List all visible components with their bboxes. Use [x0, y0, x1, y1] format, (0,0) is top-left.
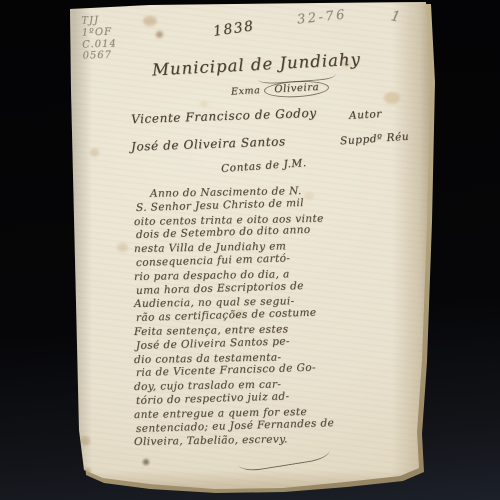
- paper-sheet: TJJ 1ºOF C.014 0567 32-76 1 1838 Municip…: [0, 0, 500, 500]
- case-label: Contas de J.M.: [221, 157, 307, 175]
- manuscript-scan: TJJ 1ºOF C.014 0567 32-76 1 1838 Municip…: [0, 0, 500, 500]
- manuscript-line: Oliveira, Tabelião, escrevy.: [134, 432, 370, 450]
- stamp-line: 1ºOF: [82, 26, 117, 39]
- foxing-spot: [200, 101, 208, 107]
- foxing-spot: [90, 148, 99, 157]
- foxing-spot: [384, 92, 400, 104]
- defendant-role: Suppdº Réu: [340, 131, 410, 148]
- archival-stamp: TJJ 1ºOF C.014 0567: [81, 14, 117, 62]
- pencil-reference: 32-76: [296, 7, 347, 27]
- foxing-spot: [156, 31, 163, 38]
- plaintiff-name: Vicente Francisco de Godoy: [131, 106, 317, 126]
- foxing-spot: [117, 243, 128, 252]
- plaintiff-role: Autor: [349, 108, 382, 122]
- ink-speck: [143, 459, 149, 465]
- foxing-spot: [80, 436, 90, 446]
- defendant-name: José de Oliveira Santos: [131, 134, 286, 153]
- addressee-prefix: Exma: [231, 85, 261, 98]
- manuscript-body: Anno do Nascimento de N. S. Senhor Jesu …: [134, 188, 370, 450]
- document-year: 1838: [212, 18, 255, 40]
- stamp-line: 0567: [82, 50, 117, 63]
- foxing-spot: [143, 16, 157, 26]
- addressee: ExmaOliveira: [231, 79, 330, 100]
- circled-name: Oliveira: [264, 79, 330, 98]
- folio-number: 1: [389, 8, 402, 26]
